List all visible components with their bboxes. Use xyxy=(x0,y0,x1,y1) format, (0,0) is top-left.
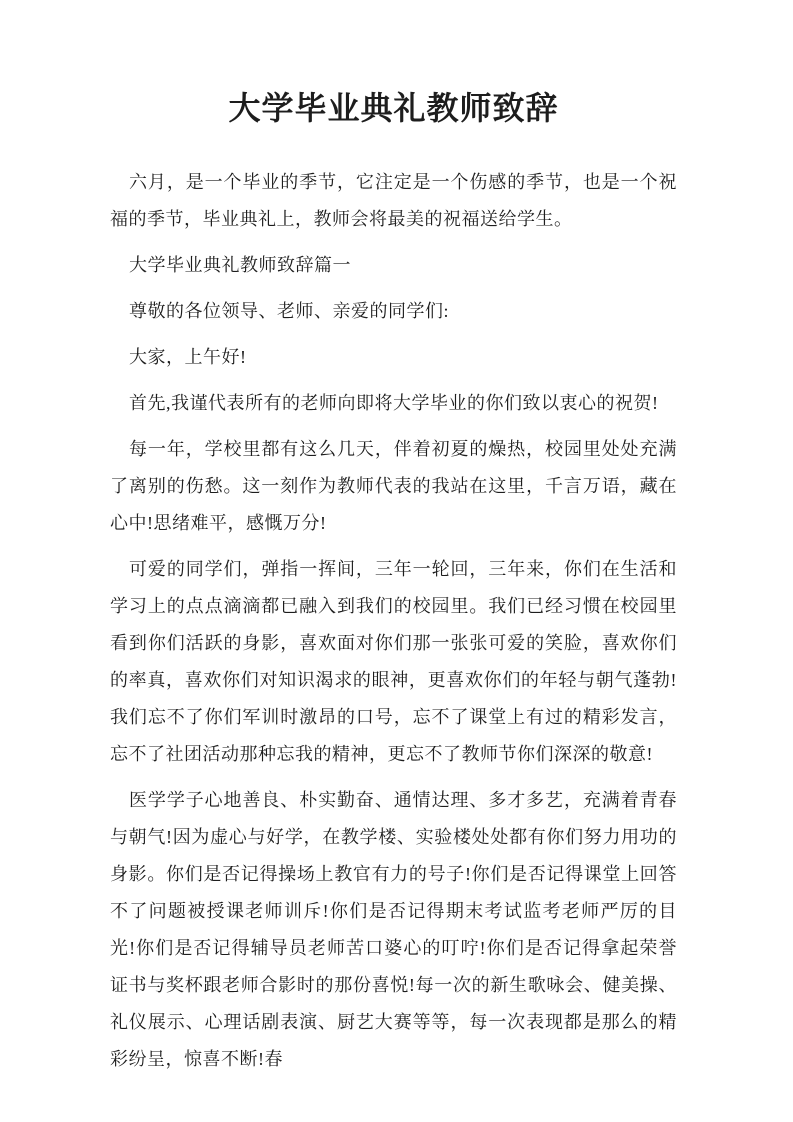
paragraph: 医学学子心地善良、朴实勤奋、通情达理、多才多艺，充满着青春与朝气!因为虚心与好学… xyxy=(110,782,677,1078)
paragraph: 大家，上午好! xyxy=(110,339,677,376)
paragraph: 尊敬的各位领导、老师、亲爱的同学们: xyxy=(110,293,677,330)
paragraph: 可爱的同学们，弹指一挥间，三年一轮回，三年来，你们在生活和学习上的点点滴滴都已融… xyxy=(110,551,677,773)
document-title: 大学毕业典礼教师致辞 xyxy=(110,86,677,130)
paragraph: 六月，是一个毕业的季节，它注定是一个伤感的季节，也是一个祝福的季节，毕业典礼上，… xyxy=(110,164,677,238)
document-page: 大学毕业典礼教师致辞 六月，是一个毕业的季节，它注定是一个伤感的季节，也是一个祝… xyxy=(0,0,793,1122)
paragraph: 首先,我谨代表所有的老师向即将大学毕业的你们致以衷心的祝贺! xyxy=(110,385,677,422)
document-body: 六月，是一个毕业的季节，它注定是一个伤感的季节，也是一个祝福的季节，毕业典礼上，… xyxy=(110,164,677,1078)
paragraph: 每一年，学校里都有这么几天，伴着初夏的燥热，校园里处处充满了离别的伤愁。这一刻作… xyxy=(110,431,677,542)
paragraph: 大学毕业典礼教师致辞篇一 xyxy=(110,247,677,284)
